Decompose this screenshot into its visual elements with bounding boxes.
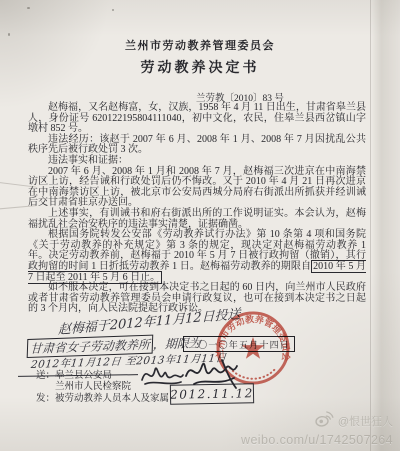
weibo-icon	[312, 409, 335, 434]
paper-speck	[8, 33, 10, 36]
signature-scribble-2	[182, 354, 240, 397]
paragraph-facts-heading: 违法事实和证据：	[28, 156, 366, 167]
document-body: 赵梅福，又名赵梅富，女，汉族，1958 年 4 月 11 日出生，甘肃省皋兰县人…	[28, 103, 366, 315]
issuing-org-title: 兰州市劳动教养管理委员会	[0, 37, 400, 53]
document-title: 劳动教养决定书	[0, 57, 400, 77]
paragraph-violation-record: 违法经历：该赵于 2007 年 6 月、2008 年 1 月、2008 年 7 …	[28, 135, 366, 156]
paper-speck	[27, 7, 30, 9]
scanned-document-photo: 兰州市劳动教养管理委员会 劳动教养决定书 兰劳教〔2010〕83 号 赵梅福，又…	[0, 0, 400, 451]
paragraph-subject-info: 赵梅福，又名赵梅富，女，汉族，1958 年 4 月 11 日出生，甘肃省皋兰县人…	[28, 103, 366, 135]
paragraph-facts: 2007 年 6 月、2008 年 1 月和 2008 年 7 月，赵梅福三次进…	[28, 167, 366, 209]
weibo-watermark: @恨世狂人 weibo.com/u/1742507264	[241, 410, 393, 447]
paper-speck	[112, 9, 114, 11]
red-star-icon	[242, 337, 265, 359]
watermark-handle: @恨世狂人	[338, 413, 393, 429]
paragraph-decision: 根据国务院转发公安部《劳动教养试行办法》第 10 条第 4 项和国务院《关于劳动…	[28, 230, 366, 283]
signature-scribble-1	[139, 360, 185, 395]
paragraph-evidence: 上述事实，有训诫书和府右街派出所的工作说明证实。本会认为，赵梅福扰乱社会治安秩序…	[28, 209, 366, 230]
watermark-url: weibo.com/u/1742507264	[241, 433, 393, 447]
distribution-issue-line: 发：被劳动教养人员本人及家属	[36, 394, 169, 405]
